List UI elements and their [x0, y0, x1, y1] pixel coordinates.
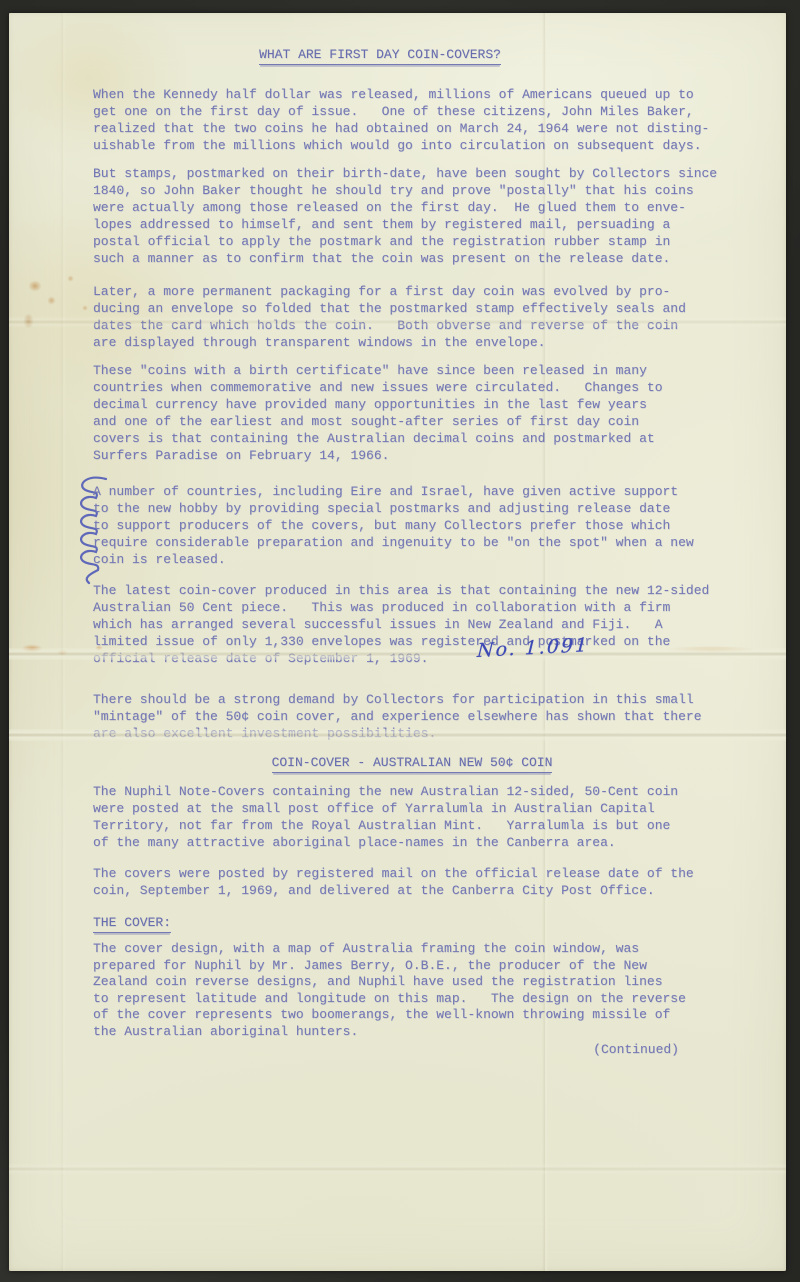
heading-coin-cover-australian-50c: COIN-COVER - AUSTRALIAN NEW 50¢ COIN [93, 754, 741, 771]
document-content: WHAT ARE FIRST DAY COIN-COVERS? When the… [93, 46, 741, 1058]
paragraph-strong-demand: There should be a strong demand by Colle… [93, 691, 741, 742]
paragraph-stamps-postmarked: But stamps, postmarked on their birth-da… [93, 165, 741, 267]
continued-note: (Continued) [93, 1041, 741, 1058]
paragraph-nuphil-note-covers: The Nuphil Note-Covers containing the ne… [93, 783, 741, 851]
heading-text: COIN-COVER - AUSTRALIAN NEW 50¢ COIN [272, 755, 553, 773]
fold-crease-bottom [9, 1163, 786, 1175]
vertical-fold-crease-left [60, 13, 66, 1271]
subheading-text: THE COVER: [93, 915, 171, 933]
document-page: No. 1.091 WHAT ARE FIRST DAY COIN-COVERS… [9, 13, 786, 1271]
paragraph-cover-design: The cover design, with a map of Australi… [93, 941, 741, 1041]
paragraph-covers-posted: The covers were posted by registered mai… [93, 865, 741, 899]
paragraph-permanent-packaging: Later, a more permanent packaging for a … [93, 283, 741, 351]
paragraph-latest-coin-cover: The latest coin-cover produced in this a… [93, 582, 741, 667]
heading-what-are-first-day-coin-covers: WHAT ARE FIRST DAY COIN-COVERS? [93, 46, 741, 63]
paragraph-number-of-countries: A number of countries, including Eire an… [93, 483, 741, 568]
paragraph-birth-certificate: These "coins with a birth certificate" h… [93, 362, 741, 464]
heading-text: WHAT ARE FIRST DAY COIN-COVERS? [259, 47, 501, 65]
paragraph-kennedy-half-dollar: When the Kennedy half dollar was release… [93, 86, 741, 154]
subheading-the-cover: THE COVER: [93, 914, 741, 931]
